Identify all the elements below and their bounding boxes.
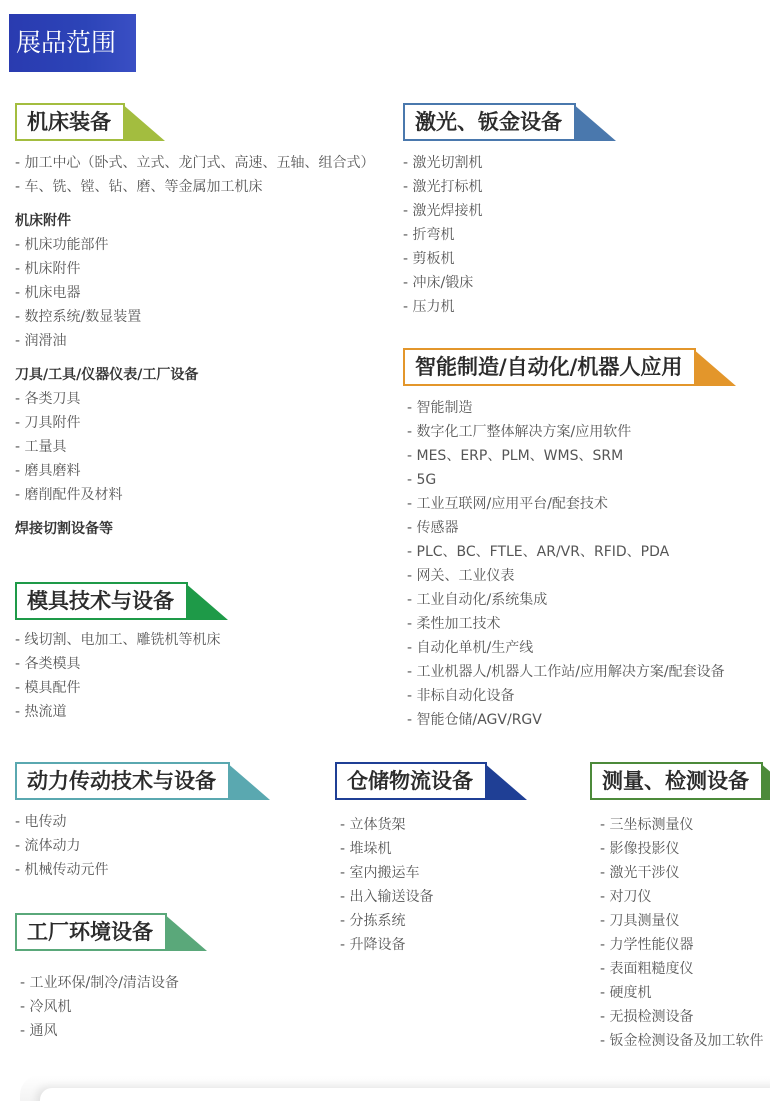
section-title: 智能制造/自动化/机器人应用 bbox=[403, 348, 696, 386]
item-list: - 加工中心（卧式、立式、龙门式、高速、五轴、组合式） - 车、铣、镗、钻、磨、… bbox=[15, 151, 375, 199]
list-item: - 电传动 bbox=[15, 810, 230, 834]
section-title: 动力传动技术与设备 bbox=[15, 762, 230, 800]
item-list: - 智能制造 - 数字化工厂整体解决方案/应用软件 - MES、ERP、PLM、… bbox=[403, 396, 725, 732]
section-header: 动力传动技术与设备 bbox=[15, 762, 230, 800]
list-item: - 自动化单机/生产线 bbox=[407, 636, 725, 660]
list-item: - 工业自动化/系统集成 bbox=[407, 588, 725, 612]
section-smart-manufacturing: 智能制造/自动化/机器人应用 - 智能制造 - 数字化工厂整体解决方案/应用软件… bbox=[403, 348, 725, 732]
header-triangle-decoration bbox=[163, 913, 207, 951]
list-item: - 工业机器人/机器人工作站/应用解决方案/配套设备 bbox=[407, 660, 725, 684]
item-list: - 各类刀具 - 刀具附件 - 工量具 - 磨具磨料 - 磨削配件及材料 bbox=[15, 387, 375, 507]
list-item: - 数控系统/数显装置 bbox=[15, 305, 375, 329]
list-item: - 硬度机 bbox=[600, 981, 764, 1005]
list-item: - 升降设备 bbox=[340, 933, 487, 957]
list-item: - 立体货架 bbox=[340, 813, 487, 837]
list-item: - MES、ERP、PLM、WMS、SRM bbox=[407, 444, 725, 468]
list-item: - 数字化工厂整体解决方案/应用软件 bbox=[407, 420, 725, 444]
list-item: - 压力机 bbox=[403, 295, 576, 319]
list-item: - 车、铣、镗、钻、磨、等金属加工机床 bbox=[15, 175, 375, 199]
list-item: - 激光切割机 bbox=[403, 151, 576, 175]
list-item: - 智能仓储/AGV/RGV bbox=[407, 708, 725, 732]
list-item: - 出入输送设备 bbox=[340, 885, 487, 909]
section-mold: 模具技术与设备 - 线切割、电加工、雕铣机等机床 - 各类模具 - 模具配件 -… bbox=[15, 582, 221, 724]
section-title: 工厂环境设备 bbox=[15, 913, 167, 951]
list-item: - 钣金检测设备及加工软件 bbox=[600, 1029, 764, 1053]
list-item: - 刀具测量仪 bbox=[600, 909, 764, 933]
section-title: 激光、钣金设备 bbox=[403, 103, 576, 141]
header-triangle-decoration bbox=[483, 762, 527, 800]
list-item: - 热流道 bbox=[15, 700, 221, 724]
list-item: - 柔性加工技术 bbox=[407, 612, 725, 636]
section-warehouse-logistics: 仓储物流设备 - 立体货架 - 堆垛机 - 室内搬运车 - 出入输送设备 - 分… bbox=[335, 762, 487, 957]
item-list: - 工业环保/制冷/清洁设备 - 冷风机 - 通风 bbox=[15, 971, 179, 1043]
list-item: - 工业环保/制冷/清洁设备 bbox=[20, 971, 179, 995]
list-item: - 机床附件 bbox=[15, 257, 375, 281]
header-triangle-decoration bbox=[226, 762, 270, 800]
list-item: - 影像投影仪 bbox=[600, 837, 764, 861]
header-triangle-decoration bbox=[121, 103, 165, 141]
list-item: - 机床电器 bbox=[15, 281, 375, 305]
list-item: - 润滑油 bbox=[15, 329, 375, 353]
section-title: 仓储物流设备 bbox=[335, 762, 487, 800]
section-header: 仓储物流设备 bbox=[335, 762, 487, 800]
list-item: - 5G bbox=[407, 468, 725, 492]
list-item: - 室内搬运车 bbox=[340, 861, 487, 885]
section-header: 机床装备 bbox=[15, 103, 125, 141]
item-list: - 三坐标测量仪 - 影像投影仪 - 激光干涉仪 - 对刀仪 - 刀具测量仪 -… bbox=[590, 813, 764, 1053]
section-measurement: 测量、检测设备 - 三坐标测量仪 - 影像投影仪 - 激光干涉仪 - 对刀仪 -… bbox=[590, 762, 764, 1053]
list-item: - 机械传动元件 bbox=[15, 858, 230, 882]
list-item: - 机床功能部件 bbox=[15, 233, 375, 257]
list-item: - 冷风机 bbox=[20, 995, 179, 1019]
item-list: - 机床功能部件 - 机床附件 - 机床电器 - 数控系统/数显装置 - 润滑油 bbox=[15, 233, 375, 353]
list-item: - 冲床/锻床 bbox=[403, 271, 576, 295]
list-item: - 工业互联网/应用平台/配套技术 bbox=[407, 492, 725, 516]
list-item: - 非标自动化设备 bbox=[407, 684, 725, 708]
section-title: 模具技术与设备 bbox=[15, 582, 188, 620]
list-item: - 三坐标测量仪 bbox=[600, 813, 764, 837]
section-header: 智能制造/自动化/机器人应用 bbox=[403, 348, 696, 386]
list-item: - 传感器 bbox=[407, 516, 725, 540]
list-item: - 表面粗糙度仪 bbox=[600, 957, 764, 981]
header-triangle-decoration bbox=[572, 103, 616, 141]
list-item: - 工量具 bbox=[15, 435, 375, 459]
section-factory-env: 工厂环境设备 - 工业环保/制冷/清洁设备 - 冷风机 - 通风 bbox=[15, 913, 179, 1043]
list-item: - 加工中心（卧式、立式、龙门式、高速、五轴、组合式） bbox=[15, 151, 375, 175]
section-header: 测量、检测设备 bbox=[590, 762, 763, 800]
bottom-card bbox=[40, 1088, 770, 1101]
subsection-title: 焊接切割设备等 bbox=[15, 517, 375, 541]
list-item: - 网关、工业仪表 bbox=[407, 564, 725, 588]
list-item: - PLC、BC、FTLE、AR/VR、RFID、PDA bbox=[407, 540, 725, 564]
section-header: 激光、钣金设备 bbox=[403, 103, 576, 141]
section-title: 测量、检测设备 bbox=[590, 762, 763, 800]
list-item: - 分拣系统 bbox=[340, 909, 487, 933]
list-item: - 智能制造 bbox=[407, 396, 725, 420]
section-power-transmission: 动力传动技术与设备 - 电传动 - 流体动力 - 机械传动元件 bbox=[15, 762, 230, 882]
header-triangle-decoration bbox=[692, 348, 736, 386]
section-header: 工厂环境设备 bbox=[15, 913, 167, 951]
item-list: - 电传动 - 流体动力 - 机械传动元件 bbox=[15, 810, 230, 882]
item-list: - 激光切割机 - 激光打标机 - 激光焊接机 - 折弯机 - 剪板机 - 冲床… bbox=[403, 151, 576, 319]
list-item: - 对刀仪 bbox=[600, 885, 764, 909]
section-title: 机床装备 bbox=[15, 103, 125, 141]
section-laser-sheet-metal: 激光、钣金设备 - 激光切割机 - 激光打标机 - 激光焊接机 - 折弯机 - … bbox=[403, 103, 576, 319]
section-header: 模具技术与设备 bbox=[15, 582, 188, 620]
item-list: - 立体货架 - 堆垛机 - 室内搬运车 - 出入输送设备 - 分拣系统 - 升… bbox=[335, 813, 487, 957]
list-item: - 各类模具 bbox=[15, 652, 221, 676]
list-item: - 刀具附件 bbox=[15, 411, 375, 435]
item-list: - 线切割、电加工、雕铣机等机床 - 各类模具 - 模具配件 - 热流道 bbox=[15, 628, 221, 724]
list-item: - 模具配件 bbox=[15, 676, 221, 700]
list-item: - 通风 bbox=[20, 1019, 179, 1043]
list-item: - 磨削配件及材料 bbox=[15, 483, 375, 507]
list-item: - 力学性能仪器 bbox=[600, 933, 764, 957]
subsection-title: 刀具/工具/仪器仪表/工厂设备 bbox=[15, 363, 375, 387]
subsection-title: 机床附件 bbox=[15, 209, 375, 233]
list-item: - 无损检测设备 bbox=[600, 1005, 764, 1029]
list-item: - 激光焊接机 bbox=[403, 199, 576, 223]
list-item: - 流体动力 bbox=[15, 834, 230, 858]
list-item: - 堆垛机 bbox=[340, 837, 487, 861]
header-triangle-decoration bbox=[184, 582, 228, 620]
list-item: - 激光干涉仪 bbox=[600, 861, 764, 885]
page-title: 展品范围 bbox=[9, 14, 136, 72]
list-item: - 折弯机 bbox=[403, 223, 576, 247]
list-item: - 磨具磨料 bbox=[15, 459, 375, 483]
list-item: - 各类刀具 bbox=[15, 387, 375, 411]
list-item: - 激光打标机 bbox=[403, 175, 576, 199]
list-item: - 线切割、电加工、雕铣机等机床 bbox=[15, 628, 221, 652]
section-machine-tools: 机床装备 - 加工中心（卧式、立式、龙门式、高速、五轴、组合式） - 车、铣、镗… bbox=[15, 103, 375, 541]
list-item: - 剪板机 bbox=[403, 247, 576, 271]
